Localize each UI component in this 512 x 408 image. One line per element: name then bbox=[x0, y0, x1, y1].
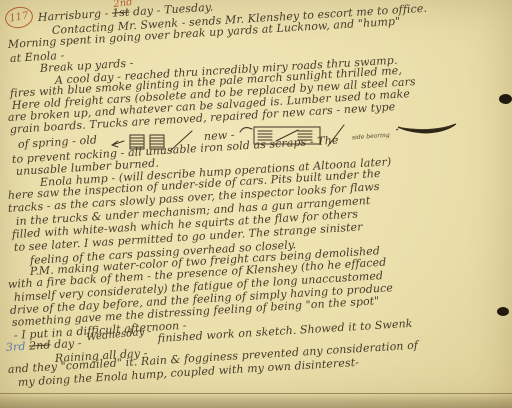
ink-blot bbox=[499, 94, 512, 104]
day-correction: 1st2nd bbox=[112, 7, 130, 20]
side-bearing-note: side bearing bbox=[352, 132, 390, 142]
page-number: 117 bbox=[3, 5, 34, 31]
struck-day: 2nd bbox=[29, 338, 51, 352]
ink-blot bbox=[497, 307, 509, 316]
heading-mid: day - bbox=[50, 336, 85, 351]
diary-page: 117 Harrisburg - 1st2nd day - Tuesday. C… bbox=[0, 0, 512, 408]
side-bearing-sketch bbox=[396, 120, 458, 138]
page-bottom-edge bbox=[0, 393, 512, 408]
ordinal-blue: 3rd bbox=[6, 340, 26, 354]
